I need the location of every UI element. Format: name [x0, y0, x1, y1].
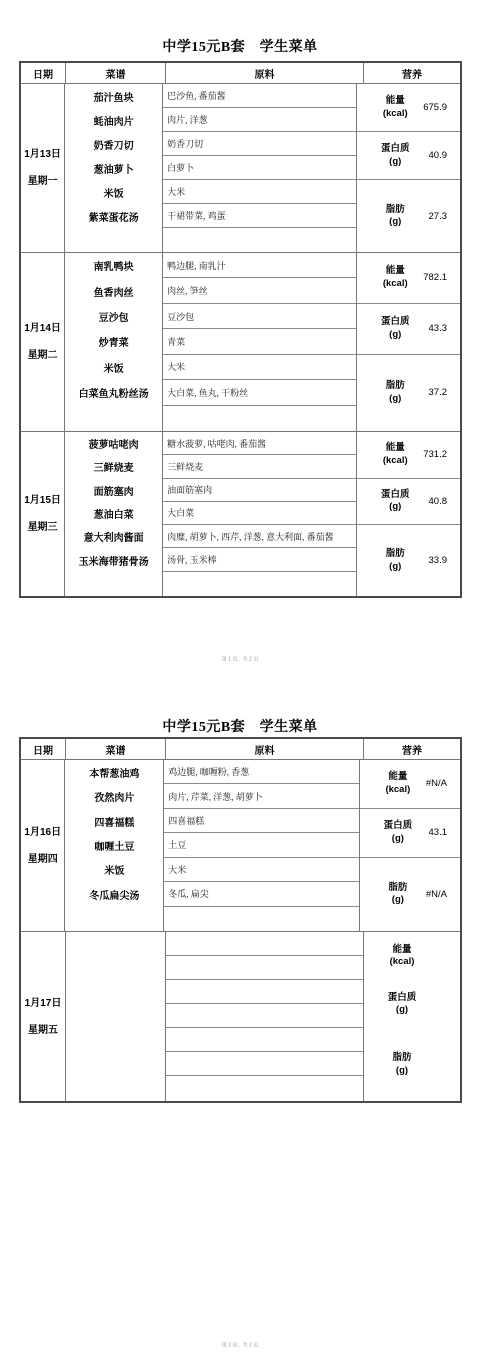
ingredient-cell: 汤骨, 玉米棒 [163, 548, 356, 571]
nutrition-label: 能量(kcal) [370, 771, 426, 796]
nutrition-label-unit: (g) [370, 894, 426, 907]
day-block: 1月14日星期二南乳鸭块鱼香肉丝豆沙包炒青菜米饭白菜鱼丸粉丝汤鸭边腿, 南乳汁肉… [21, 253, 460, 432]
nutrition-label-unit: (g) [367, 393, 423, 406]
dish-name [66, 1004, 165, 1028]
menu-table: 日期菜谱原料营养1月16日星期四本帮葱油鸡孜然肉片四喜福糕咖喱土豆米饭冬瓜扁尖汤… [19, 737, 462, 1103]
nutrition-cell: 蛋白质(g)40.8 [357, 479, 460, 526]
dish-name: 孜然肉片 [65, 784, 163, 808]
dish-name: 米饭 [65, 355, 162, 380]
nutrition-cell: 蛋白质(g)43.1 [360, 809, 460, 858]
column-header-nutrition: 营养 [364, 739, 460, 759]
ingredient-cell: 鸭边腿, 南乳汁 [163, 253, 356, 278]
day-block: 1月16日星期四本帮葱油鸡孜然肉片四喜福糕咖喱土豆米饭冬瓜扁尖汤鸡边腿, 咖喱粉… [21, 760, 460, 932]
dish-name: 四喜福糕 [65, 809, 163, 833]
nutrition-label-name: 蛋白质 [367, 489, 423, 502]
nutrition-cell: 蛋白质(g) [364, 980, 460, 1028]
page-title: 中学15元B套 学生菜单 [0, 716, 480, 736]
ingredient-cell: 肉丝, 笋丝 [163, 278, 356, 303]
nutrition-label-name: 脂肪 [370, 882, 426, 895]
nutrition-label-unit: (g) [367, 216, 423, 229]
nutrition-label-name: 蛋白质 [367, 143, 423, 156]
nutrition-value: 782.1 [423, 272, 460, 283]
ingredient-cell [163, 572, 356, 596]
ingredient-cell: 豆沙包 [163, 304, 356, 329]
page-title: 中学15元B套 学生菜单 [0, 36, 480, 56]
nutrition-value: 675.9 [423, 102, 460, 113]
nutrition-label-unit: (kcal) [374, 956, 430, 969]
nutrition-label-unit: (g) [367, 156, 423, 169]
nutrition-label: 脂肪(g) [367, 548, 423, 573]
ingredient-cell: 四喜福糕 [164, 809, 359, 833]
dish-name [65, 406, 162, 431]
dish-column: 茄汁鱼块蚝油肉片奶香刀切葱油萝卜米饭紫菜蛋花汤 [65, 84, 163, 252]
ingredient-cell: 大白菜, 鱼丸, 干粉丝 [163, 380, 356, 405]
dish-name [66, 1028, 165, 1052]
nutrition-cell: 脂肪(g)33.9 [357, 525, 460, 596]
nutrition-label-unit: (g) [374, 1004, 430, 1017]
nutrition-label: 蛋白质(g) [367, 489, 423, 514]
ingredient-cell [163, 228, 356, 252]
nutrition-label-name: 蛋白质 [367, 316, 423, 329]
dish-name: 炒青菜 [65, 329, 162, 354]
dish-name [66, 1052, 165, 1076]
nutrition-label-name: 能量 [367, 95, 423, 108]
nutrition-label-unit: (kcal) [370, 784, 426, 797]
date-line: 星期二 [28, 350, 58, 361]
nutrition-label: 能量(kcal) [367, 95, 423, 120]
ingredient-cell: 鸡边腿, 咖喱粉, 香葱 [164, 760, 359, 784]
ingredient-cell: 青菜 [163, 329, 356, 354]
nutrition-value: 27.3 [423, 211, 460, 222]
nutrition-label-name: 脂肪 [374, 1052, 430, 1065]
dish-name: 白菜鱼丸粉丝汤 [65, 380, 162, 405]
menu-table: 日期菜谱原料营养1月13日星期一茄汁鱼块蚝油肉片奶香刀切葱油萝卜米饭紫菜蛋花汤巴… [19, 61, 462, 598]
nutrition-cell: 脂肪(g)37.2 [357, 355, 460, 431]
date-cell: 1月13日星期一 [21, 84, 65, 252]
dish-name: 冬瓜扁尖汤 [65, 882, 163, 906]
ingredient-cell: 干裙带菜, 鸡蛋 [163, 204, 356, 228]
nutrition-cell: 能量(kcal)#N/A [360, 760, 460, 809]
dish-column [66, 932, 166, 1101]
ingredient-cell: 大白菜 [163, 502, 356, 525]
nutrition-value: #N/A [426, 889, 460, 900]
ingredient-cell [166, 1028, 363, 1052]
dish-name: 玉米海带猪骨汤 [65, 548, 162, 571]
nutrition-label: 蛋白质(g) [374, 992, 430, 1017]
ingredient-column: 鸭边腿, 南乳汁肉丝, 笋丝豆沙包青菜大米大白菜, 鱼丸, 干粉丝 [163, 253, 357, 431]
ingredient-cell: 糖水菠萝, 咕咾肉, 番茄酱 [163, 432, 356, 455]
dish-name: 蚝油肉片 [65, 108, 162, 132]
ingredient-cell: 巴沙鱼, 番茄酱 [163, 84, 356, 108]
dish-name: 茄汁鱼块 [65, 84, 162, 108]
dish-name: 豆沙包 [65, 304, 162, 329]
ingredient-column: 巴沙鱼, 番茄酱肉片, 洋葱奶香刀切白萝卜大米干裙带菜, 鸡蛋 [163, 84, 357, 252]
dish-name: 紫菜蛋花汤 [65, 204, 162, 228]
column-header-date: 日期 [21, 739, 66, 759]
nutrition-label-name: 能量 [374, 944, 430, 957]
dish-name [66, 956, 165, 980]
dish-name: 米饭 [65, 858, 163, 882]
nutrition-label-name: 蛋白质 [374, 992, 430, 1005]
ingredient-cell: 大米 [164, 858, 359, 882]
date-cell: 1月17日星期五 [21, 932, 66, 1101]
nutrition-value: 37.2 [423, 387, 460, 398]
nutrition-value: 43.3 [423, 323, 460, 334]
column-header-dish: 菜谱 [66, 63, 166, 83]
ingredient-column: 糖水菠萝, 咕咾肉, 番茄酱三鲜烧麦油面筋塞肉大白菜肉糜, 胡萝卜, 西芹, 洋… [163, 432, 357, 596]
date-line: 星期三 [28, 522, 58, 533]
dish-name: 米饭 [65, 180, 162, 204]
nutrition-label: 脂肪(g) [370, 882, 426, 907]
ingredient-cell [166, 1076, 363, 1101]
nutrition-label: 脂肪(g) [367, 380, 423, 405]
dish-name: 菠萝咕咾肉 [65, 432, 162, 455]
nutrition-label-unit: (kcal) [367, 455, 423, 468]
ingredient-cell: 奶香刀切 [163, 132, 356, 156]
nutrition-label-unit: (g) [374, 1065, 430, 1078]
dish-name: 葱油萝卜 [65, 156, 162, 180]
dish-name: 三鲜烧麦 [65, 455, 162, 478]
nutrition-value: #N/A [426, 778, 460, 789]
dish-name [65, 228, 162, 252]
nutrition-label: 蛋白质(g) [367, 316, 423, 341]
nutrition-cell: 能量(kcal) [364, 932, 460, 980]
ingredient-cell [166, 1004, 363, 1028]
date-cell: 1月14日星期二 [21, 253, 65, 431]
nutrition-label-unit: (g) [367, 501, 423, 514]
date-line: 1月13日 [24, 149, 61, 160]
nutrition-column: 能量(kcal)675.9蛋白质(g)40.9脂肪(g)27.3 [357, 84, 460, 252]
nutrition-label-name: 蛋白质 [370, 820, 426, 833]
ingredient-cell [166, 980, 363, 1004]
page-footer: 第 1 页，共 2 页 [36, 655, 444, 663]
nutrition-label-name: 能量 [370, 771, 426, 784]
column-header-dish: 菜谱 [66, 739, 166, 759]
nutrition-label: 能量(kcal) [374, 944, 430, 969]
dish-name [65, 572, 162, 596]
nutrition-value: 40.8 [423, 496, 460, 507]
day-block: 1月17日星期五能量(kcal)蛋白质(g)脂肪(g) [21, 932, 460, 1101]
day-block: 1月13日星期一茄汁鱼块蚝油肉片奶香刀切葱油萝卜米饭紫菜蛋花汤巴沙鱼, 番茄酱肉… [21, 84, 460, 253]
nutrition-cell: 脂肪(g)#N/A [360, 858, 460, 931]
dish-column: 南乳鸭块鱼香肉丝豆沙包炒青菜米饭白菜鱼丸粉丝汤 [65, 253, 163, 431]
dish-name: 本帮葱油鸡 [65, 760, 163, 784]
ingredient-cell: 肉糜, 胡萝卜, 西芹, 洋葱, 意大利面, 番茄酱 [163, 525, 356, 548]
nutrition-label: 能量(kcal) [367, 442, 423, 467]
dish-name [66, 1076, 165, 1101]
ingredient-cell [166, 1052, 363, 1076]
nutrition-label: 蛋白质(g) [367, 143, 423, 168]
ingredient-cell: 油面筋塞肉 [163, 479, 356, 502]
date-line: 星期一 [28, 176, 58, 187]
dish-name [66, 980, 165, 1004]
nutrition-label-unit: (kcal) [367, 278, 423, 291]
column-header-ingredients: 原料 [166, 63, 364, 83]
nutrition-label-name: 脂肪 [367, 548, 423, 561]
nutrition-value: 33.9 [423, 555, 460, 566]
nutrition-label: 脂肪(g) [374, 1052, 430, 1077]
ingredient-column: 鸡边腿, 咖喱粉, 香葱肉片, 芹菜, 洋葱, 胡萝卜四喜福糕土豆大米冬瓜, 扁… [164, 760, 360, 931]
dish-name [66, 932, 165, 956]
nutrition-cell: 能量(kcal)675.9 [357, 84, 460, 132]
menu-document: 中学15元B套 学生菜单日期菜谱原料营养1月13日星期一茄汁鱼块蚝油肉片奶香刀切… [0, 0, 480, 1357]
dish-name: 鱼香肉丝 [65, 278, 162, 303]
column-header-ingredients: 原料 [166, 739, 364, 759]
ingredient-cell: 土豆 [164, 833, 359, 857]
nutrition-cell: 脂肪(g) [364, 1028, 460, 1101]
ingredient-cell: 大米 [163, 180, 356, 204]
page-footer: 第 2 页，共 2 页 [36, 1341, 444, 1349]
nutrition-column: 能量(kcal)731.2蛋白质(g)40.8脂肪(g)33.9 [357, 432, 460, 596]
nutrition-value: 40.9 [423, 150, 460, 161]
ingredient-cell: 冬瓜, 扁尖 [164, 882, 359, 906]
dish-name: 面筋塞肉 [65, 479, 162, 502]
nutrition-label-unit: (g) [367, 561, 423, 574]
date-line: 1月14日 [24, 323, 61, 334]
dish-column: 菠萝咕咾肉三鲜烧麦面筋塞肉葱油白菜意大利肉酱面玉米海带猪骨汤 [65, 432, 163, 596]
nutrition-label: 脂肪(g) [367, 204, 423, 229]
nutrition-label-name: 脂肪 [367, 204, 423, 217]
nutrition-label: 能量(kcal) [367, 265, 423, 290]
dish-name: 奶香刀切 [65, 132, 162, 156]
nutrition-label: 蛋白质(g) [370, 820, 426, 845]
ingredient-cell [166, 932, 363, 956]
ingredient-cell: 肉片, 洋葱 [163, 108, 356, 132]
column-header-nutrition: 营养 [364, 63, 460, 83]
day-block: 1月15日星期三菠萝咕咾肉三鲜烧麦面筋塞肉葱油白菜意大利肉酱面玉米海带猪骨汤糖水… [21, 432, 460, 596]
date-line: 1月15日 [24, 495, 61, 506]
ingredient-column [166, 932, 364, 1101]
nutrition-column: 能量(kcal)#N/A蛋白质(g)43.1脂肪(g)#N/A [360, 760, 460, 931]
table-header-row: 日期菜谱原料营养 [21, 739, 460, 760]
ingredient-cell: 三鲜烧麦 [163, 455, 356, 478]
ingredient-cell: 大米 [163, 355, 356, 380]
dish-column: 本帮葱油鸡孜然肉片四喜福糕咖喱土豆米饭冬瓜扁尖汤 [65, 760, 164, 931]
date-line: 1月17日 [25, 998, 62, 1009]
nutrition-label-name: 脂肪 [367, 380, 423, 393]
dish-name: 葱油白菜 [65, 502, 162, 525]
column-header-date: 日期 [21, 63, 66, 83]
date-line: 星期四 [28, 854, 58, 865]
ingredient-cell [164, 907, 359, 931]
nutrition-cell: 能量(kcal)731.2 [357, 432, 460, 479]
ingredient-cell: 肉片, 芹菜, 洋葱, 胡萝卜 [164, 784, 359, 808]
nutrition-label-name: 能量 [367, 442, 423, 455]
date-cell: 1月16日星期四 [21, 760, 65, 931]
table-header-row: 日期菜谱原料营养 [21, 63, 460, 84]
nutrition-value: 731.2 [423, 449, 460, 460]
nutrition-label-name: 能量 [367, 265, 423, 278]
ingredient-cell: 白萝卜 [163, 156, 356, 180]
ingredient-cell [163, 406, 356, 431]
nutrition-label-unit: (g) [370, 833, 426, 846]
nutrition-column: 能量(kcal)782.1蛋白质(g)43.3脂肪(g)37.2 [357, 253, 460, 431]
nutrition-cell: 脂肪(g)27.3 [357, 180, 460, 252]
ingredient-cell [166, 956, 363, 980]
nutrition-label-unit: (kcal) [367, 108, 423, 121]
dish-name: 南乳鸭块 [65, 253, 162, 278]
nutrition-label-unit: (g) [367, 329, 423, 342]
dish-name: 咖喱土豆 [65, 833, 163, 857]
date-line: 1月16日 [24, 827, 61, 838]
dish-name [65, 907, 163, 931]
nutrition-value: 43.1 [426, 827, 460, 838]
date-cell: 1月15日星期三 [21, 432, 65, 596]
nutrition-cell: 蛋白质(g)40.9 [357, 132, 460, 180]
date-line: 星期五 [28, 1025, 58, 1036]
nutrition-cell: 能量(kcal)782.1 [357, 253, 460, 304]
dish-name: 意大利肉酱面 [65, 525, 162, 548]
nutrition-cell: 蛋白质(g)43.3 [357, 304, 460, 355]
nutrition-column: 能量(kcal)蛋白质(g)脂肪(g) [364, 932, 460, 1101]
